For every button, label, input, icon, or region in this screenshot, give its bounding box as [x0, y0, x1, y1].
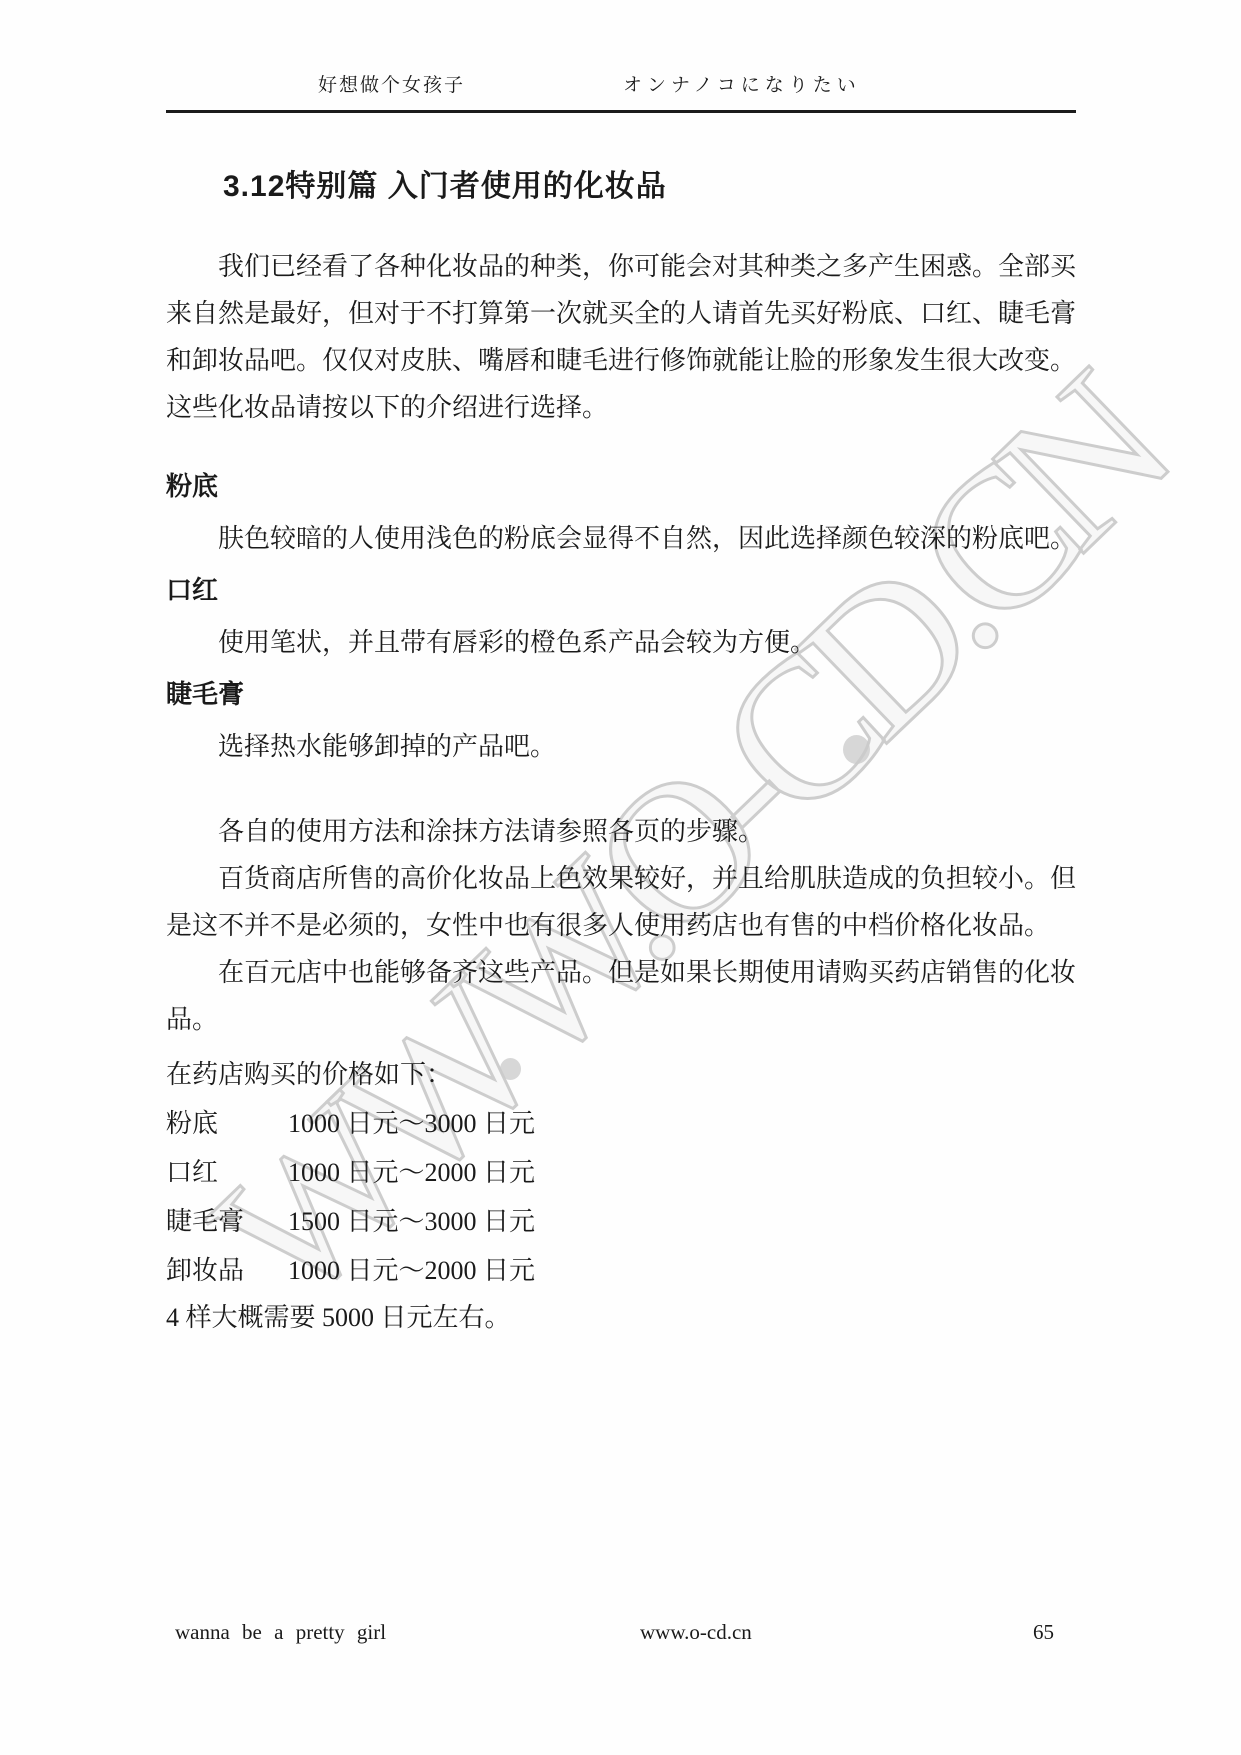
mascara-text: 选择热水能够卸掉的产品吧。	[166, 723, 1076, 770]
price-label: 粉底	[166, 1100, 288, 1147]
price-value: 1000 日元～3000 日元	[288, 1109, 535, 1138]
note-department-store: 百货商店所售的高价化妆品上色效果较好，并且给肌肤造成的负担较小。但是这不并不是必…	[166, 855, 1076, 949]
price-label: 口红	[166, 1149, 288, 1196]
price-label: 睫毛膏	[166, 1198, 288, 1245]
price-row: 睫毛膏1500 日元～3000 日元	[166, 1198, 1076, 1245]
price-row: 卸妆品1000 日元～2000 日元	[166, 1247, 1076, 1294]
header-book-title-cn: 好想做个女孩子	[318, 74, 465, 98]
note-hundred-yen-store: 在百元店中也能够备齐这些产品。但是如果长期使用请购买药店销售的化妆品。	[166, 949, 1076, 1043]
price-row: 口红1000 日元～2000 日元	[166, 1149, 1076, 1196]
price-label: 卸妆品	[166, 1247, 288, 1294]
price-total: 4 样大概需要 5000 日元左右。	[166, 1294, 1076, 1341]
intro-paragraph: 我们已经看了各种化妆品的种类，你可能会对其种类之多产生困惑。全部买来自然是最好，…	[166, 243, 1076, 431]
note-usage: 各自的使用方法和涂抹方法请参照各页的步骤。	[166, 808, 1076, 855]
price-value: 1000 日元～2000 日元	[288, 1158, 535, 1187]
footer-page-number: 65	[1033, 1618, 1054, 1646]
subheading-foundation: 粉底	[166, 463, 1076, 510]
page-header: 好想做个女孩子 オンナノコになりたい	[166, 74, 1076, 113]
price-list-intro: 在药店购买的价格如下：	[166, 1051, 1076, 1098]
header-book-title-jp: オンナノコになりたい	[623, 74, 861, 98]
section-title: 3.12特别篇 入门者使用的化妆品	[223, 165, 1076, 209]
footer-slogan: wanna be a pretty girl	[175, 1618, 386, 1646]
footer-website: www.o-cd.cn	[640, 1618, 752, 1646]
lipstick-text: 使用笔状，并且带有唇彩的橙色系产品会较为方便。	[166, 619, 1076, 666]
price-value: 1000 日元～2000 日元	[288, 1256, 535, 1285]
page-content: 好想做个女孩子 オンナノコになりたい 3.12特别篇 入门者使用的化妆品 我们已…	[166, 0, 1076, 1341]
document-page: WWW.O-CD.CN 好想做个女孩子 オンナノコになりたい 3.12特别篇 入…	[0, 0, 1241, 1755]
subheading-mascara: 睫毛膏	[166, 671, 1076, 718]
page-footer: wanna be a pretty girl www.o-cd.cn 65	[0, 1618, 1241, 1648]
price-value: 1500 日元～3000 日元	[288, 1207, 535, 1236]
price-row: 粉底1000 日元～3000 日元	[166, 1100, 1076, 1147]
subheading-lipstick: 口红	[166, 567, 1076, 614]
foundation-text: 肤色较暗的人使用浅色的粉底会显得不自然，因此选择颜色较深的粉底吧。	[166, 515, 1076, 562]
